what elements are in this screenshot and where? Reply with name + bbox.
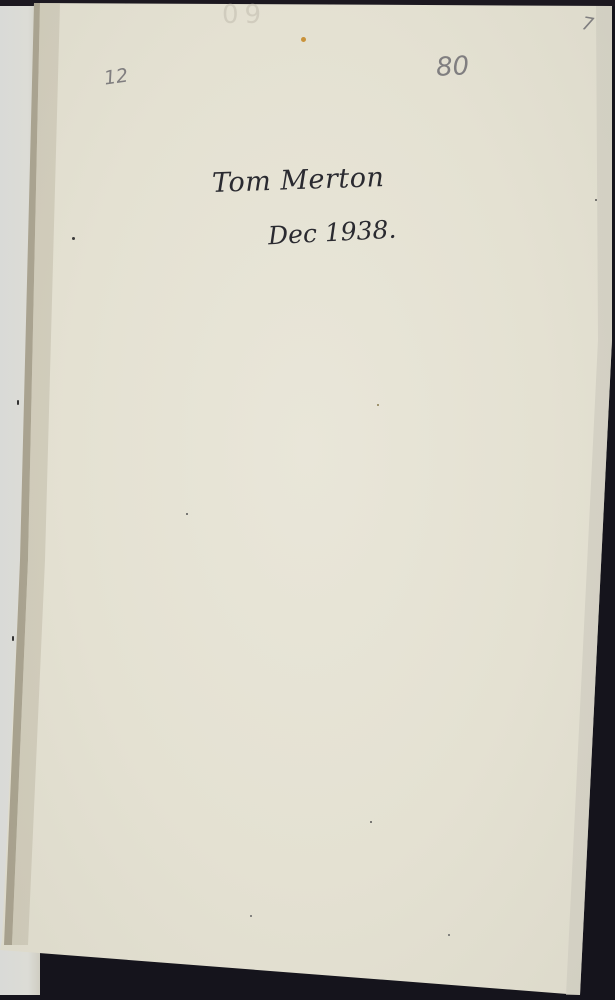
- ink-speck: [448, 934, 450, 936]
- ink-speck: [370, 821, 372, 823]
- ink-speck: [377, 404, 379, 406]
- show-through-text: 09: [222, 0, 267, 30]
- ink-speck: [186, 513, 188, 515]
- pencil-note-left: 12: [103, 64, 130, 89]
- inscription-name: Tom Merton: [212, 162, 385, 199]
- foxing-spot: [301, 37, 306, 42]
- flyleaf-page: [0, 0, 615, 1000]
- ink-speck: [72, 237, 75, 240]
- pencil-note-right: 80: [435, 51, 470, 83]
- ink-speck: [250, 915, 252, 917]
- ink-speck: [595, 199, 597, 201]
- photo-scene: 09 12 80 7 Tom Merton Dec 1938.: [0, 0, 615, 1000]
- ink-speck: [17, 400, 19, 405]
- ink-speck: [12, 636, 14, 641]
